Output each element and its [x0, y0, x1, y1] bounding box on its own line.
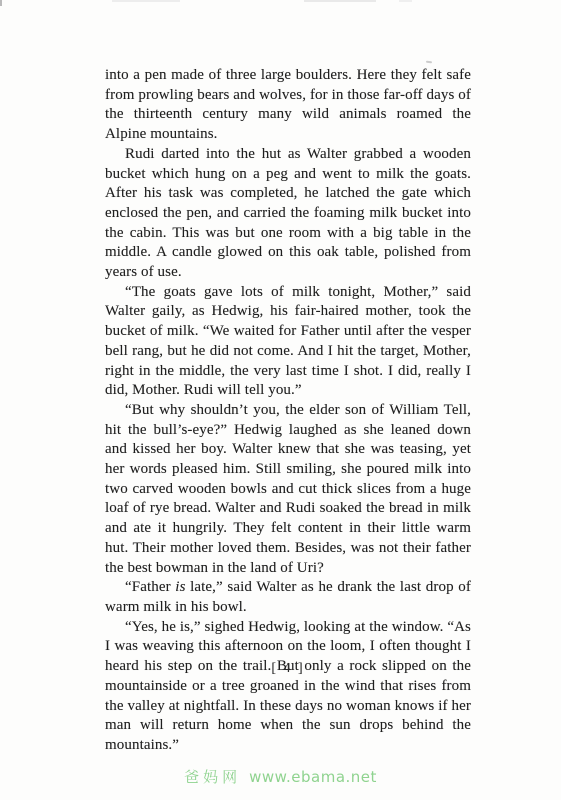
scan-artifact-bar — [112, 0, 180, 2]
scan-artifact-bar — [304, 0, 376, 2]
text-run: “Father — [125, 579, 175, 595]
paragraph: Rudi darted into the hut as Walter grabb… — [105, 145, 471, 283]
scan-artifact-bar — [399, 0, 412, 2]
italic-text-run: is — [175, 579, 185, 595]
paragraph: “Father is late,” said Walter as he dran… — [105, 578, 471, 617]
paragraph: “The goats gave lots of milk tonight, Mo… — [105, 283, 471, 401]
text-run: into a pen made of three large boulders.… — [105, 67, 471, 142]
watermark-site-name: 爸妈网 — [184, 768, 241, 786]
watermark: 爸妈网www.ebama.net — [0, 766, 561, 787]
scan-artifact-speck — [426, 61, 432, 64]
paragraph: into a pen made of three large boulders.… — [105, 66, 471, 145]
scan-artifact-corner — [0, 0, 2, 6]
text-run: Rudi darted into the hut as Walter grabb… — [105, 146, 471, 280]
paragraph: “Yes, he is,” sighed Hedwig, looking at … — [105, 618, 471, 756]
book-page: into a pen made of three large boulders.… — [0, 0, 561, 800]
page-text-block: into a pen made of three large boulders.… — [105, 66, 471, 756]
paragraph: “But why shouldn’t you, the elder son of… — [105, 401, 471, 578]
page-number: [ 4 ] — [105, 661, 471, 677]
text-run: “The goats gave lots of milk tonight, Mo… — [105, 284, 471, 399]
text-run: “But why shouldn’t you, the elder son of… — [105, 402, 471, 576]
text-run: “Yes, he is,” sighed Hedwig, looking at … — [105, 619, 471, 753]
watermark-url: www.ebama.net — [249, 768, 377, 786]
